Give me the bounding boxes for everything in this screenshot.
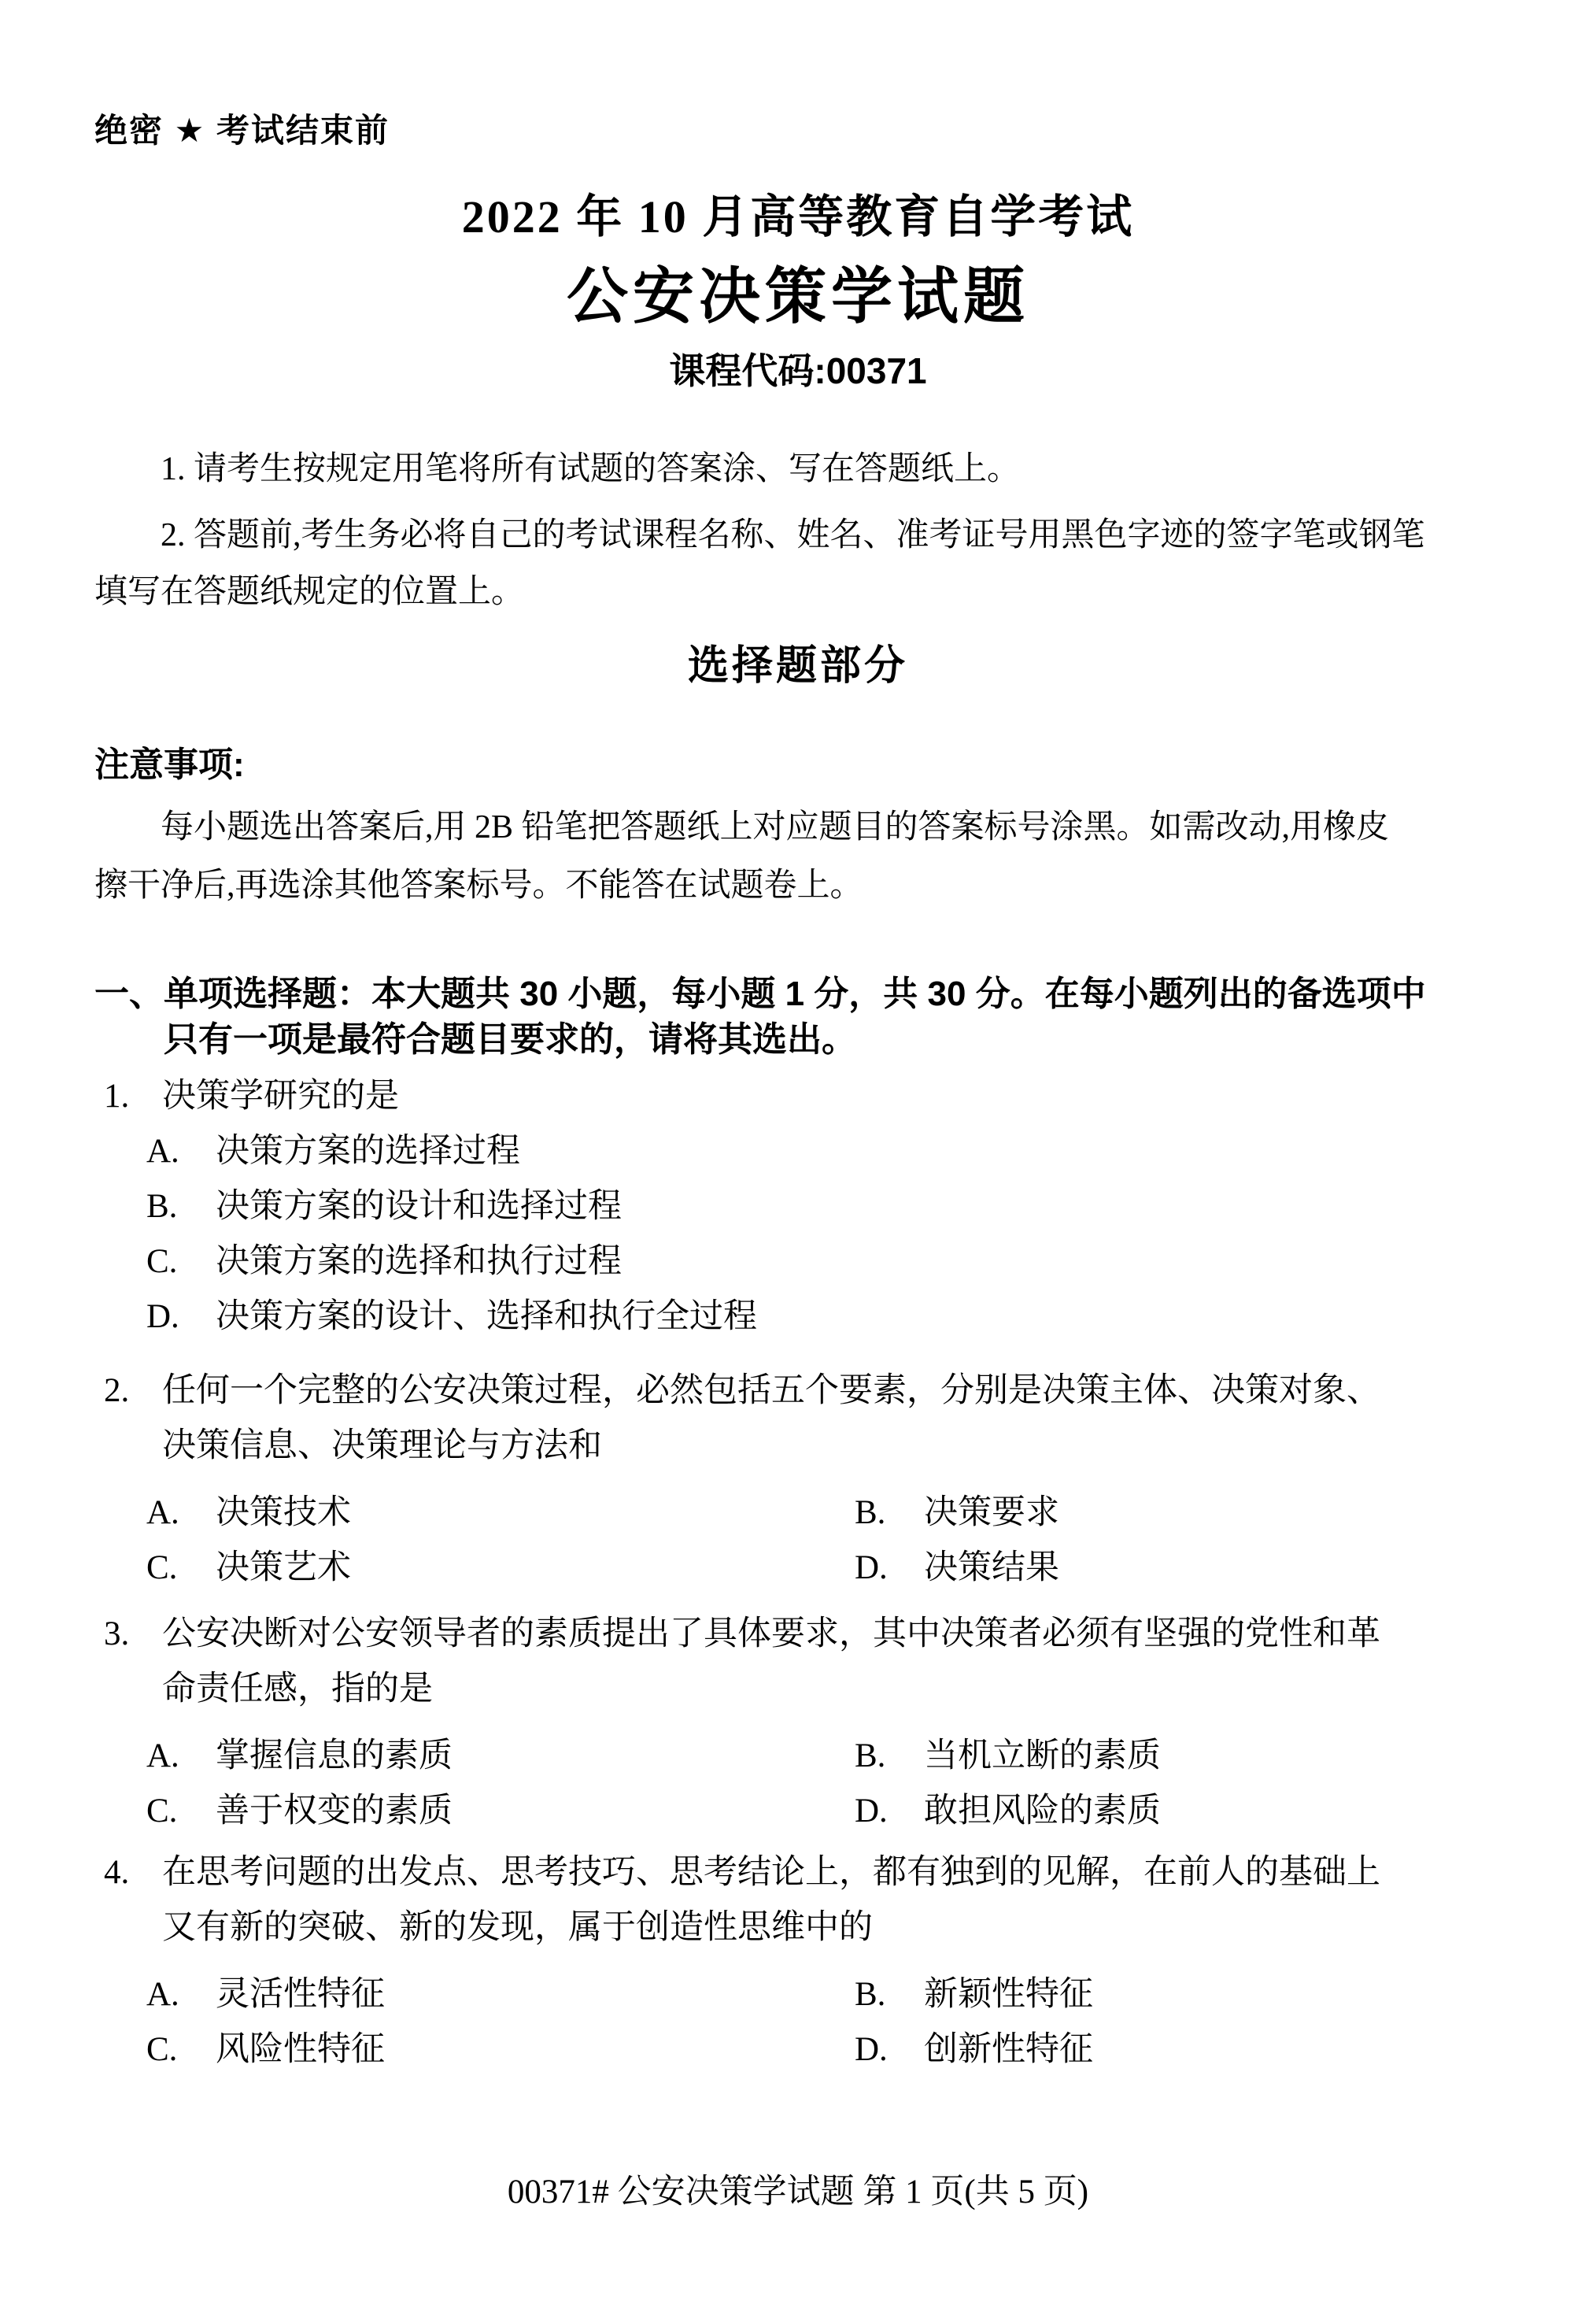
course-code: 课程代码:00371 (94, 348, 1502, 394)
question-1-text: 决策学研究的是 (162, 1078, 399, 1115)
question-3-options-row-2: C.善于权变的素质 D.敢担风险的素质 (94, 1784, 1502, 1839)
question-4-text-continued: 又有新的突破、新的发现，属于创造性思维中的 (94, 1900, 1502, 1955)
option-d-text: 决策方案的设计、选择和执行全过程 (216, 1298, 757, 1335)
question-4-options-row-1: A.灵活性特征 B.新颖性特征 (94, 1967, 1502, 2022)
notes-line-1: 每小题选出答案后,用 2B 铅笔把答题纸上对应题目的答案标号涂黑。如需改动,用橡… (94, 798, 1502, 857)
option-c-label: C. (146, 1784, 216, 1839)
question-2-stem: 2.任何一个完整的公安决策过程，必然包括五个要素，分别是决策主体、决策对象、 (94, 1363, 1502, 1419)
option-d-label: D. (146, 1289, 216, 1345)
question-2-text-continued: 决策信息、决策理论与方法和 (94, 1419, 1502, 1474)
option-d-text: 决策结果 (924, 1549, 1059, 1586)
option-c-text: 决策方案的选择和执行过程 (216, 1243, 622, 1280)
question-1-option-a: A.决策方案的选择过程 (94, 1124, 1502, 1179)
option-a-text: 掌握信息的素质 (216, 1737, 453, 1774)
option-b-label: B. (855, 1967, 924, 2022)
question-3-stem: 3.公安决断对公安领导者的素质提出了具体要求，其中决策者必须有坚强的党性和革 (94, 1607, 1502, 1662)
option-b-text: 当机立断的素质 (924, 1737, 1161, 1774)
question-2-option-a: A.决策技术 (146, 1485, 855, 1541)
security-notice: 绝密 ★ 考试结束前 (94, 110, 1502, 151)
part-one-heading: 一、单项选择题：本大题共 30 小题，每小题 1 分，共 30 分。在每小题列出… (94, 971, 1502, 1063)
option-b-text: 决策方案的设计和选择过程 (216, 1188, 622, 1225)
question-4-stem: 4.在思考问题的出发点、思考技巧、思考结论上，都有独到的见解，在前人的基础上 (94, 1845, 1502, 1900)
question-3-option-d: D.敢担风险的素质 (855, 1784, 1161, 1839)
option-a-text: 决策技术 (216, 1494, 351, 1531)
option-c-label: C. (146, 1541, 216, 1596)
exam-title: 2022 年 10 月高等教育自学考试 (94, 187, 1502, 247)
notes-line-2: 擦干净后,再选涂其他答案标号。不能答在试题卷上。 (94, 857, 1502, 915)
question-4-option-c: C.风险性特征 (146, 2022, 855, 2077)
part-one-heading-line-2: 只有一项是最符合题目要求的，请将其选出。 (94, 1017, 1502, 1063)
option-c-label: C. (146, 1234, 216, 1289)
question-2-option-d: D.决策结果 (855, 1541, 1059, 1596)
option-a-text: 灵活性特征 (216, 1976, 385, 2013)
option-c-text: 善于权变的素质 (216, 1793, 453, 1830)
exam-subtitle: 公安决策学试题 (94, 258, 1502, 335)
option-d-label: D. (855, 1784, 924, 1839)
question-1-option-b: B.决策方案的设计和选择过程 (94, 1179, 1502, 1234)
question-3-options-row-1: A.掌握信息的素质 B.当机立断的素质 (94, 1729, 1502, 1784)
exam-page: 绝密 ★ 考试结束前 2022 年 10 月高等教育自学考试 公安决策学试题 课… (0, 0, 1596, 2305)
question-3: 3.公安决断对公安领导者的素质提出了具体要求，其中决策者必须有坚强的党性和革 命… (94, 1607, 1502, 1839)
option-b-label: B. (855, 1729, 924, 1784)
question-3-option-c: C.善于权变的素质 (146, 1784, 855, 1839)
option-a-label: A. (146, 1729, 216, 1784)
instruction-line-3: 填写在答题纸规定的位置上。 (94, 564, 1502, 620)
option-d-label: D. (855, 1541, 924, 1596)
question-2-number: 2. (104, 1363, 162, 1419)
section-title: 选择题部分 (94, 641, 1502, 691)
option-b-text: 新颖性特征 (924, 1976, 1093, 2013)
question-1-option-d: D.决策方案的设计、选择和执行全过程 (94, 1289, 1502, 1345)
question-2-options-row-1: A.决策技术 B.决策要求 (94, 1485, 1502, 1541)
question-4-number: 4. (104, 1845, 162, 1900)
question-1-number: 1. (104, 1069, 162, 1124)
question-2-option-b: B.决策要求 (855, 1485, 1059, 1541)
question-4-options-row-2: C.风险性特征 D.创新性特征 (94, 2022, 1502, 2077)
question-3-option-b: B.当机立断的素质 (855, 1729, 1161, 1784)
part-one-heading-line-1: 一、单项选择题：本大题共 30 小题，每小题 1 分，共 30 分。在每小题列出… (94, 971, 1502, 1017)
question-4-option-d: D.创新性特征 (855, 2022, 1093, 2077)
instruction-line-2: 2. 答题前,考生务必将自己的考试课程名称、姓名、准考证号用黑色字迹的签字笔或钢… (94, 507, 1502, 564)
page-footer: 00371# 公安决策学试题 第 1 页(共 5 页) (0, 2169, 1596, 2216)
question-2-option-c: C.决策艺术 (146, 1541, 855, 1596)
question-3-option-a: A.掌握信息的素质 (146, 1729, 855, 1784)
option-b-label: B. (146, 1179, 216, 1234)
question-3-text-continued: 命责任感，指的是 (94, 1662, 1502, 1717)
option-b-text: 决策要求 (924, 1494, 1059, 1531)
option-c-label: C. (146, 2022, 216, 2077)
instruction-line-1: 1. 请考生按规定用笔将所有试题的答案涂、写在答题纸上。 (94, 441, 1502, 498)
option-d-text: 敢担风险的素质 (924, 1793, 1161, 1830)
question-1: 1.决策学研究的是 A.决策方案的选择过程 B.决策方案的设计和选择过程 C.决… (94, 1069, 1502, 1345)
option-a-label: A. (146, 1124, 216, 1179)
option-a-label: A. (146, 1967, 216, 2022)
question-4-option-a: A.灵活性特征 (146, 1967, 855, 2022)
option-a-text: 决策方案的选择过程 (216, 1133, 520, 1170)
question-3-number: 3. (104, 1607, 162, 1662)
question-4-text: 在思考问题的出发点、思考技巧、思考结论上，都有独到的见解，在前人的基础上 (162, 1854, 1380, 1891)
option-d-text: 创新性特征 (924, 2031, 1093, 2068)
notes-label: 注意事项: (94, 743, 1502, 787)
question-2: 2.任何一个完整的公安决策过程，必然包括五个要素，分别是决策主体、决策对象、 决… (94, 1363, 1502, 1596)
question-4-option-b: B.新颖性特征 (855, 1967, 1093, 2022)
question-2-options-row-2: C.决策艺术 D.决策结果 (94, 1541, 1502, 1596)
question-4: 4.在思考问题的出发点、思考技巧、思考结论上，都有独到的见解，在前人的基础上 又… (94, 1845, 1502, 2077)
option-a-label: A. (146, 1485, 216, 1541)
option-c-text: 风险性特征 (216, 2031, 385, 2068)
question-3-text: 公安决断对公安领导者的素质提出了具体要求，其中决策者必须有坚强的党性和革 (162, 1615, 1380, 1652)
option-c-text: 决策艺术 (216, 1549, 351, 1586)
option-b-label: B. (855, 1485, 924, 1541)
question-2-text: 任何一个完整的公安决策过程，必然包括五个要素，分别是决策主体、决策对象、 (162, 1372, 1380, 1409)
option-d-label: D. (855, 2022, 924, 2077)
question-1-option-c: C.决策方案的选择和执行过程 (94, 1234, 1502, 1289)
question-1-stem: 1.决策学研究的是 (94, 1069, 1502, 1124)
